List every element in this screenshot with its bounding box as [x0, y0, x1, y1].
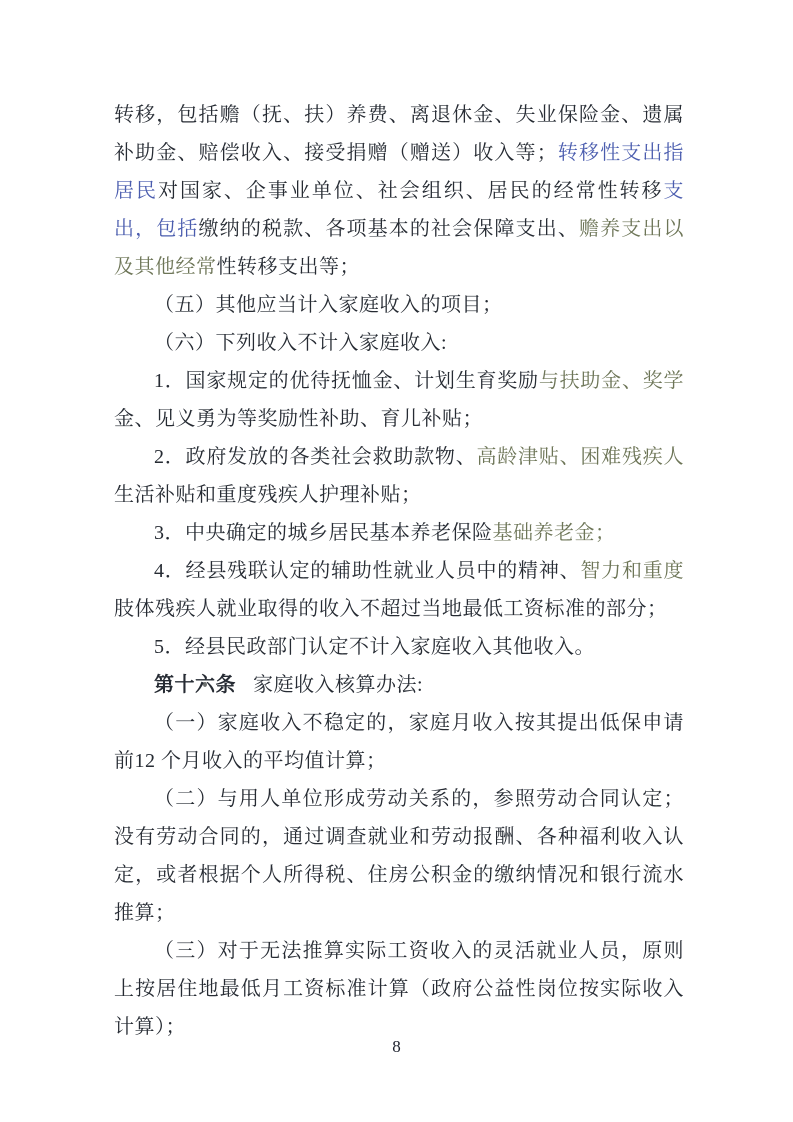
text-run: 缴纳的税款、各项基本的社会保障支出、 — [199, 218, 579, 240]
text-run: 性转移支出等； — [217, 256, 361, 278]
text-run: 高龄津贴、困难残疾人 — [476, 446, 684, 468]
paragraph-excluded-4: 4．经县残联认定的辅助性就业人员中的精神、智力和重度肢体残疾人就业取得的收入不超… — [114, 552, 684, 628]
paragraph-method-3: （三）对于无法推算实际工资收入的灵活就业人员，原则上按居住地最低月工资标准计算（… — [114, 932, 684, 1046]
paragraph-item-6-excluded-income: （六）下列收入不计入家庭收入: — [114, 324, 684, 362]
text-run: 生活补贴和重度残疾人护理补贴； — [114, 484, 422, 506]
text-run: 4．经县残联认定的辅助性就业人员中的精神、 — [154, 560, 580, 582]
paragraph-excluded-2: 2．政府发放的各类社会救助款物、高龄津贴、困难残疾人生活补贴和重度残疾人护理补贴… — [114, 438, 684, 514]
article-title: 家庭收入核算办法: — [253, 674, 423, 696]
paragraph-excluded-1: 1．国家规定的优待抚恤金、计划生育奖励与扶助金、奖学金、见义勇为等奖励性补助、育… — [114, 362, 684, 438]
paragraph-excluded-3: 3．中央确定的城乡居民基本养老保险基础养老金； — [114, 514, 684, 552]
text-run: 3．中央确定的城乡居民基本养老保险 — [154, 522, 493, 544]
text-run: 1．国家规定的优待抚恤金、计划生育奖励 — [154, 370, 539, 392]
text-run: 2．政府发放的各类社会救助款物、 — [154, 446, 476, 468]
document-page: 转移，包括赡（抚、扶）养费、离退休金、失业保险金、遗属补助金、赔偿收入、接受捐赠… — [0, 0, 793, 1122]
text-run: 对国家、企事业单位、社会组织、居民的经常性转移 — [158, 180, 664, 202]
text-run: 肢体残疾人就业取得的收入不超过当地最低工资标准的部分； — [114, 598, 668, 620]
page-number: 8 — [0, 1036, 793, 1058]
paragraph-method-1: （一）家庭收入不稳定的，家庭月收入按其提出低保申请前12 个月收入的平均值计算； — [114, 704, 684, 780]
page-content: 转移，包括赡（抚、扶）养费、离退休金、失业保险金、遗属补助金、赔偿收入、接受捐赠… — [114, 96, 684, 1046]
text-run: 基础养老金； — [493, 522, 616, 544]
paragraph-item-5-other-income: （五）其他应当计入家庭收入的项目； — [114, 286, 684, 324]
article-number: 第十六条 — [154, 674, 236, 696]
text-run: 智力和重度 — [580, 560, 684, 582]
paragraph-transfer-income-continuation: 转移，包括赡（抚、扶）养费、离退休金、失业保险金、遗属补助金、赔偿收入、接受捐赠… — [114, 96, 684, 286]
paragraph-method-2: （二）与用人单位形成劳动关系的，参照劳动合同认定；没有劳动合同的，通过调查就业和… — [114, 780, 684, 932]
paragraph-excluded-5: 5．经县民政部门认定不计入家庭收入其他收入。 — [114, 628, 684, 666]
scan-artifact-dot — [203, 682, 207, 687]
paragraph-article-16-heading: 第十六条家庭收入核算办法: — [114, 666, 684, 704]
text-run: 金、见义勇为等奖励性补助、育儿补贴； — [114, 408, 483, 430]
text-run: 与扶助金、奖学 — [539, 370, 684, 392]
